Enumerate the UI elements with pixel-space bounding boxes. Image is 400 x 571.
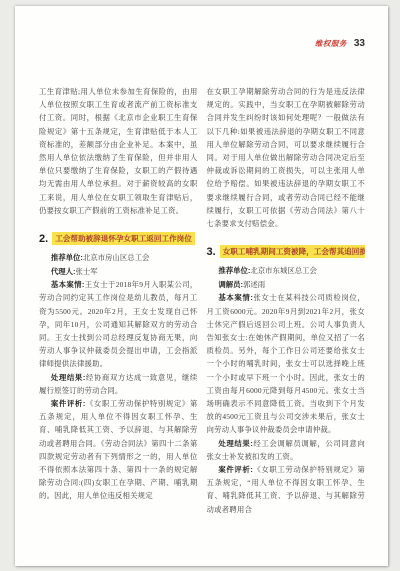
- case2-result: 处理结果:经协商双方达成一致意见，继续履行原签订的劳动合同。: [39, 371, 198, 397]
- case3-number: 3.: [207, 246, 216, 258]
- field-value: 北京市房山区总工会: [83, 253, 150, 262]
- paragraph-text: 王女士于2018年9月入职某公司，劳动合同约定其工作岗位是幼儿教员，每月工资为5…: [39, 280, 198, 368]
- case3-result: 处理结果:经工会调解员调解，公司同意向张女士补发被扣发的工资。: [207, 437, 366, 463]
- case3-mediator: 调解员:郭述雨: [207, 278, 366, 292]
- case3-heading: 3. 女职工哺乳期间工资被降，工会帮其追回损失: [207, 245, 366, 258]
- left-column: 工生育津贴;用人单位未参加生育保险的，由用人单位按照女职工生育或者流产前工资标准…: [39, 85, 198, 516]
- field-label: 推荐单位:: [51, 253, 83, 262]
- paragraph-label: 处理结果:: [218, 439, 253, 448]
- field-label: 代理人:: [51, 267, 76, 276]
- continuation-paragraph: 工生育津贴;用人单位未参加生育保险的，由用人单位按照女职工生育或者流产前工资标准…: [39, 85, 198, 217]
- field-label: 调解员:: [218, 280, 243, 289]
- page-number: 33: [354, 38, 365, 49]
- case2-heading: 2. 工会帮助被辞退怀孕女职工返回工作岗位: [39, 232, 198, 245]
- case3-title: 女职工哺乳期间工资被降，工会帮其追回损失: [220, 245, 365, 258]
- case2-analysis: 案件评析:《女职工劳动保护特别规定》第五条规定，用人单位不得因女职工怀孕、生育、…: [39, 397, 198, 503]
- case2-agent: 代理人:张士军: [39, 265, 198, 279]
- page-header: 维权服务 33: [39, 38, 365, 52]
- paragraph-label: 案件评析:: [218, 465, 253, 474]
- case3-analysis: 案件评析:《女职工劳动保护特别规定》第五条规定，“用人单位不得因女职工怀孕、生育…: [207, 463, 366, 516]
- field-value: 郭述雨: [243, 280, 265, 289]
- right-column: 在女职工孕期解除劳动合同的行为是违反法律规定的。实践中，当女职工在孕期被解除劳动…: [207, 85, 366, 516]
- continuation-paragraph: 在女职工孕期解除劳动合同的行为是违反法律规定的。实践中，当女职工在孕期被解除劳动…: [207, 85, 366, 230]
- case3-basic-facts: 基本案情:张女士在某科技公司质检岗位，月工资6000元。2020年9月到2021…: [207, 291, 366, 436]
- field-value: 张士军: [75, 267, 97, 276]
- field-label: 推荐单位:: [218, 266, 250, 275]
- magazine-page: 维权服务 33 工生育津贴;用人单位未参加生育保险的，由用人单位按照女职工生育或…: [15, 6, 388, 566]
- section-label: 维权服务: [315, 38, 347, 49]
- case2-title: 工会帮助被辞退怀孕女职工返回工作岗位: [52, 232, 195, 245]
- paragraph-label: 处理结果:: [51, 373, 86, 382]
- paragraph-text: 张女士在某科技公司质检岗位，月工资6000元。2020年9月到2021年2月，张…: [207, 293, 366, 434]
- case3-recommending-unit: 推荐单位:北京市东城区总工会: [207, 264, 366, 278]
- paragraph-label: 基本案情:: [51, 280, 85, 289]
- paragraph-label: 案件评析:: [51, 399, 86, 408]
- case2-number: 2.: [39, 233, 48, 245]
- case2-basic-facts: 基本案情:王女士于2018年9月入职某公司，劳动合同约定其工作岗位是幼儿教员，每…: [39, 278, 198, 370]
- paragraph-label: 基本案情:: [218, 293, 253, 302]
- field-value: 北京市东城区总工会: [250, 266, 317, 275]
- case2-recommending-unit: 推荐单位:北京市房山区总工会: [39, 251, 198, 265]
- two-column-body: 工生育津贴;用人单位未参加生育保险的，由用人单位按照女职工生育或者流产前工资标准…: [39, 85, 365, 516]
- paragraph-text: 《女职工劳动保护特别规定》第五条规定，用人单位不得因女职工怀孕、生育、哺乳降低其…: [39, 399, 198, 500]
